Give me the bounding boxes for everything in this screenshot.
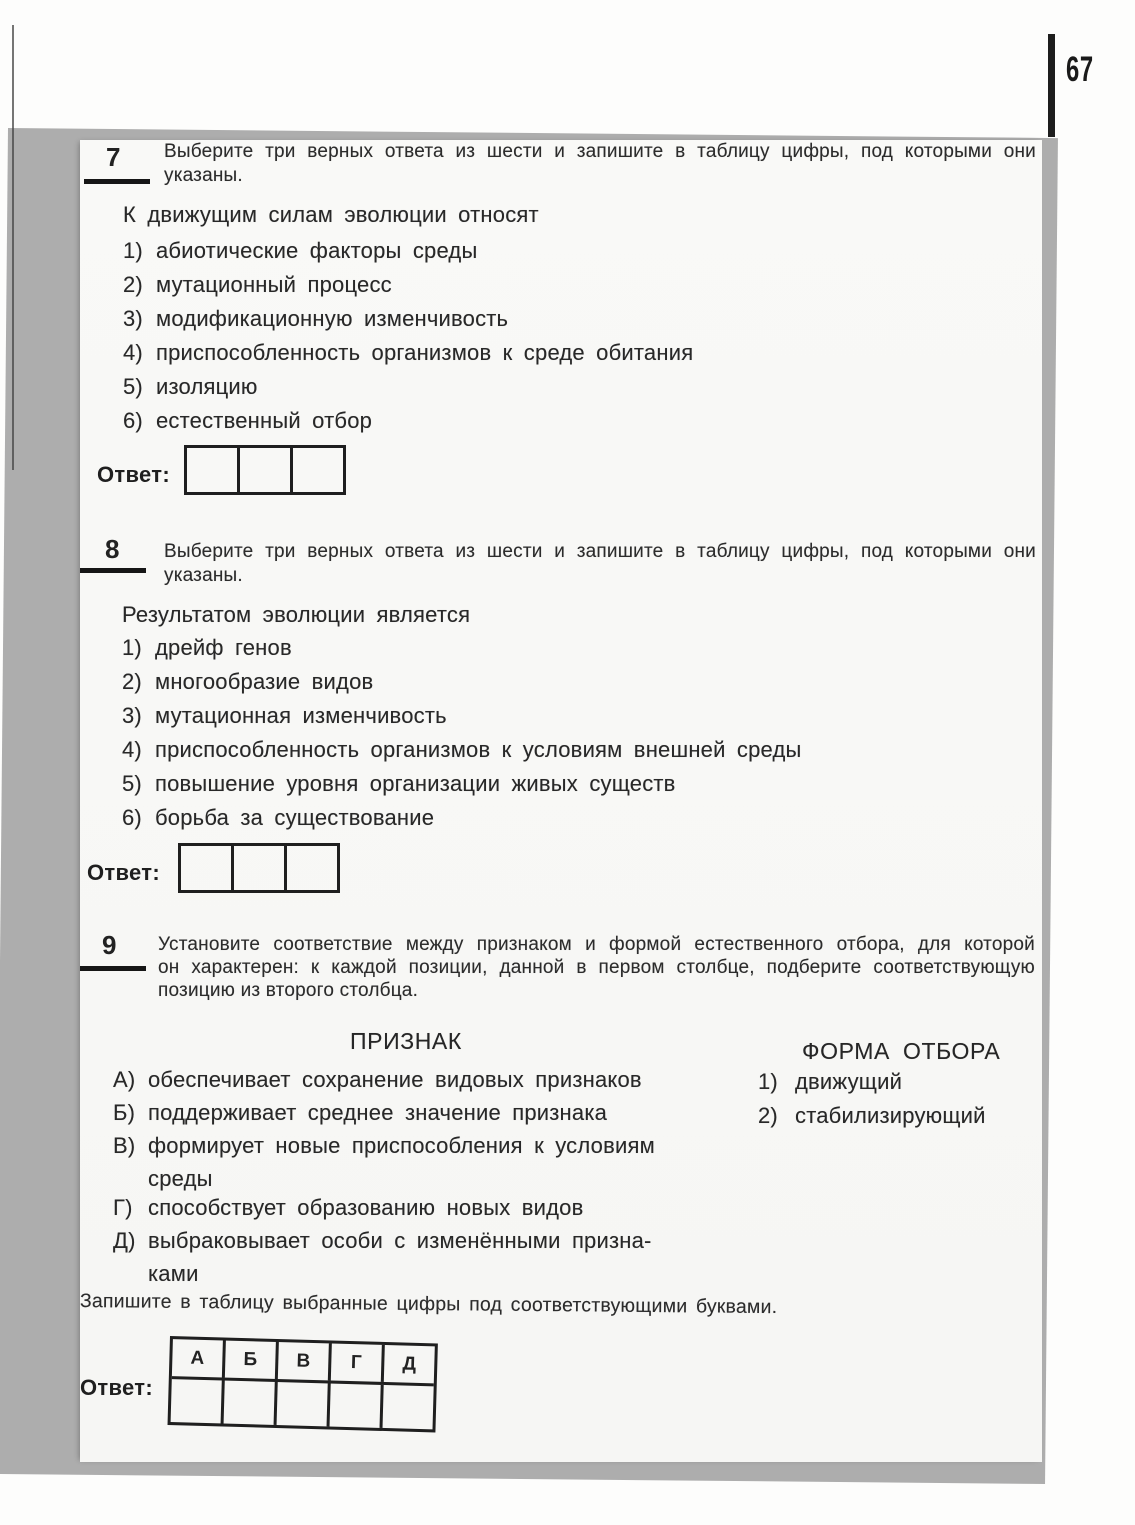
match-item-a: А) обеспечивает сохранение видовых призн…: [113, 1063, 743, 1096]
item-line: поддерживает среднее значение признака: [148, 1096, 607, 1129]
answer-cell: [290, 448, 343, 492]
table-header-cell: Г: [328, 1343, 382, 1381]
table-header-cell: А: [172, 1339, 223, 1377]
item-letter: Д): [113, 1224, 148, 1290]
answer-cell: [181, 846, 231, 890]
table-answer-row: [171, 1379, 434, 1429]
item-letter: А): [113, 1063, 148, 1096]
question-7-option-1: 1)абиотические факторы среды: [123, 238, 477, 264]
table-answer-cell: [274, 1382, 328, 1426]
option-text: абиотические факторы среды: [156, 238, 477, 263]
question-8-instruction: Выберите три верных ответа из шести и за…: [164, 540, 1036, 588]
table-header-cell: Б: [222, 1340, 276, 1378]
question-7-answer-box: [184, 445, 346, 495]
item-text: способствует образованию новых видов: [148, 1191, 584, 1224]
option-text: многообразие видов: [155, 669, 373, 694]
table-header-cell: Д: [381, 1345, 435, 1383]
item-letter: В): [113, 1129, 148, 1195]
option-number: 4): [122, 737, 155, 763]
instruction-line: указаны.: [164, 164, 1036, 188]
option-number: 6): [122, 805, 155, 831]
option-number: 5): [122, 771, 155, 797]
scanned-exam-page: 67 7 Выберите три верных ответа из шести…: [0, 0, 1135, 1525]
answer-cell: [237, 448, 290, 492]
item-text: выбраковывает особи с изменёнными призна…: [148, 1224, 652, 1290]
instruction-line: позицию из второго столбца.: [158, 979, 1035, 1002]
item-line: ками: [148, 1257, 652, 1290]
option-number: 1): [758, 1069, 795, 1095]
item-text: обеспечивает сохранение видовых признако…: [148, 1063, 642, 1096]
question-9-answer-table: А Б В Г Д: [168, 1336, 438, 1432]
page-number: 67: [1066, 50, 1094, 90]
question-8-option-1: 1)дрейф генов: [122, 635, 292, 661]
option-text: мутационная изменчивость: [155, 703, 447, 728]
instruction-line: Установите соответствие между признаком …: [158, 933, 1035, 956]
option-text: естественный отбор: [156, 408, 372, 433]
option-number: 3): [123, 306, 156, 332]
match-left-header: ПРИЗНАК: [350, 1028, 462, 1055]
item-line: способствует образованию новых видов: [148, 1191, 584, 1224]
table-header-cell: В: [275, 1342, 329, 1380]
question-9-rule: [80, 966, 146, 971]
option-number: 2): [123, 272, 156, 298]
option-number: 2): [758, 1103, 795, 1129]
option-number: 4): [123, 340, 156, 366]
option-number: 6): [123, 408, 156, 434]
page-corner-bar: [1048, 34, 1055, 137]
question-8-option-2: 2)многообразие видов: [122, 669, 373, 695]
question-8-number: 8: [105, 534, 119, 565]
question-7-instruction: Выберите три верных ответа из шести и за…: [164, 140, 1036, 188]
question-8-option-6: 6)борьба за существование: [122, 805, 434, 831]
question-7-option-6: 6)естественный отбор: [123, 408, 372, 434]
answer-cell: [231, 846, 284, 890]
option-text: дрейф генов: [155, 635, 292, 660]
option-text: приспособленность организмов к условиям …: [155, 737, 802, 762]
question-8-answer-box: [178, 843, 340, 893]
worksheet-page: 7 Выберите три верных ответа из шести и …: [80, 140, 1042, 1462]
question-9-number: 9: [102, 930, 116, 961]
instruction-line: Выберите три верных ответа из шести и за…: [164, 140, 1036, 164]
option-text: приспособленность организмов к среде оби…: [156, 340, 693, 365]
question-8-answer-label: Ответ:: [87, 860, 160, 886]
option-number: 3): [122, 703, 155, 729]
option-text: движущий: [795, 1069, 902, 1094]
option-number: 5): [123, 374, 156, 400]
question-7-rule: [84, 179, 150, 184]
item-letter: Б): [113, 1096, 148, 1129]
question-7-answer-label: Ответ:: [97, 462, 170, 488]
item-text: поддерживает среднее значение признака: [148, 1096, 607, 1129]
question-8-option-4: 4)приспособленность организмов к условия…: [122, 737, 802, 763]
question-7-option-5: 5)изоляцию: [123, 374, 258, 400]
instruction-line: указаны.: [164, 564, 1036, 588]
table-answer-cell: [171, 1379, 222, 1423]
option-text: повышение уровня организации живых сущес…: [155, 771, 676, 796]
option-text: модификационную изменчивость: [156, 306, 508, 331]
form-option-1: 1)движущий: [758, 1069, 902, 1095]
question-7-number: 7: [106, 142, 120, 173]
option-text: стабилизирующий: [795, 1103, 986, 1128]
option-number: 1): [123, 238, 156, 264]
question-7-option-3: 3)модификационную изменчивость: [123, 306, 508, 332]
question-8-option-3: 3)мутационная изменчивость: [122, 703, 447, 729]
table-answer-cell: [327, 1383, 381, 1427]
question-9-instruction: Установите соответствие между признаком …: [158, 933, 1035, 1002]
instruction-line: Выберите три верных ответа из шести и за…: [164, 540, 1036, 564]
item-letter: Г): [113, 1191, 148, 1224]
question-7-stem: К движущим силам эволюции относят: [123, 202, 539, 228]
question-8-option-5: 5)повышение уровня организации живых сущ…: [122, 771, 676, 797]
question-9-answer-label: Ответ:: [80, 1375, 153, 1401]
answer-cell: [187, 448, 237, 492]
left-margin-line: [12, 25, 14, 470]
match-item-v: В) формирует новые приспособления к усло…: [113, 1129, 743, 1195]
item-text: формирует новые приспособления к условия…: [148, 1129, 655, 1195]
item-line: формирует новые приспособления к условия…: [148, 1129, 655, 1162]
table-answer-cell: [221, 1380, 275, 1424]
question-9-footer: Запишите в таблицу выбранные цифры под с…: [80, 1290, 778, 1319]
item-line: обеспечивает сохранение видовых признако…: [148, 1063, 642, 1096]
match-item-d: Д) выбраковывает особи с изменёнными при…: [113, 1224, 743, 1290]
match-right-header: ФОРМА ОТБОРА: [802, 1038, 1000, 1065]
question-8-stem: Результатом эволюции является: [122, 602, 470, 628]
option-number: 2): [122, 669, 155, 695]
question-7-option-4: 4)приспособленность организмов к среде о…: [123, 340, 693, 366]
option-text: мутационный процесс: [156, 272, 392, 297]
form-option-2: 2)стабилизирующий: [758, 1103, 986, 1129]
instruction-line: он характерен: к каждой позиции, данной …: [158, 956, 1035, 979]
question-7-option-2: 2)мутационный процесс: [123, 272, 392, 298]
table-answer-cell: [380, 1385, 434, 1429]
item-line: выбраковывает особи с изменёнными призна…: [148, 1224, 652, 1257]
match-item-b: Б) поддерживает среднее значение признак…: [113, 1096, 743, 1129]
answer-cell: [284, 846, 337, 890]
option-number: 1): [122, 635, 155, 661]
match-item-g: Г) способствует образованию новых видов: [113, 1191, 743, 1224]
option-text: изоляцию: [156, 374, 258, 399]
question-8-rule: [80, 568, 146, 573]
option-text: борьба за существование: [155, 805, 434, 830]
